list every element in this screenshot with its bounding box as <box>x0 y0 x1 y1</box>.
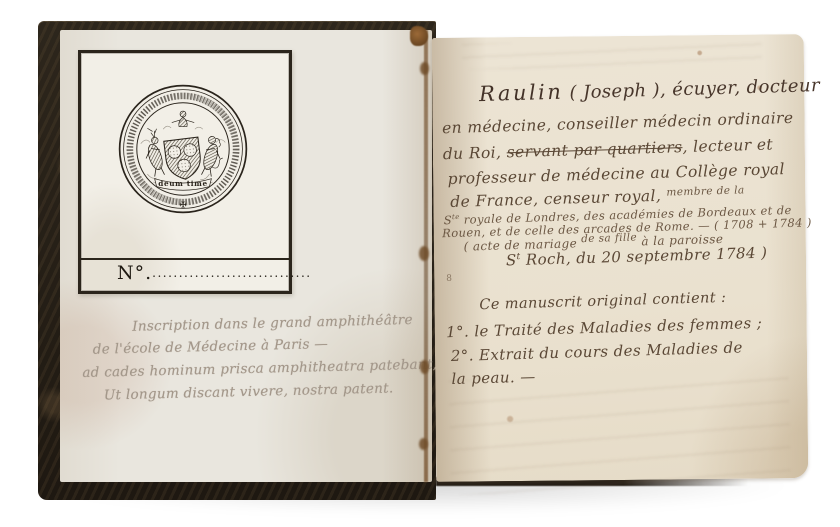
entry-line-2: en médecine, conseiller médecin ordinair… <box>442 109 794 137</box>
entry-line-3-pre: du Roi, <box>443 143 507 163</box>
entry-line-3-struck-text: servant par quartiers <box>506 138 682 161</box>
stitch-knot <box>419 438 428 450</box>
entry-author-name: Raulin <box>479 80 564 106</box>
inscription-line-1: Inscription dans le grand amphithéâtre <box>132 312 413 335</box>
entry-line-8-inserted-text: de sa fille <box>581 231 637 245</box>
manuscript-entry-text: Raulin ( Joseph ), écuyer, docteur en mé… <box>427 31 812 486</box>
seal-motto-text: deum time <box>158 179 207 188</box>
stitch-knot <box>420 62 429 75</box>
bookplate-divider-rule <box>81 258 289 260</box>
number-dotted-line: .............................. <box>152 266 311 280</box>
stitch-knot <box>419 246 429 261</box>
photo-of-open-manuscript-book: ✠ <box>0 0 840 527</box>
right-page-manuscript-leaf: 8 Raulin ( Joseph ), écuyer, docteur en … <box>432 34 809 482</box>
binding-thread-knot-top <box>410 26 428 46</box>
contents-intro-line: Ce manuscrit original contient : <box>479 290 726 313</box>
entry-line-3: du Roi, servant par quartiers, lecteur e… <box>443 135 774 163</box>
contents-item-1: 1°. le Traité des Maladies des femmes ; <box>446 314 763 341</box>
inscription-line-2: de l'école de Médecine à Paris — <box>93 336 329 358</box>
inscription-line-3: ad cades hominum prisca amphitheatra pat… <box>82 356 437 381</box>
handwritten-inscription-block: Inscription dans le grand amphithéâtre d… <box>60 311 432 320</box>
seal-legend-cross-glyph: ✠ <box>180 201 187 210</box>
seal-motto-banner: deum time <box>155 179 212 191</box>
bookplate-seal-engraving: ✠ <box>117 83 249 215</box>
entry-line-3-post: , lecteur et <box>682 135 773 156</box>
contents-item-2-line-b: la peau. — <box>451 368 536 388</box>
entry-line-1: Raulin ( Joseph ), écuyer, docteur <box>479 72 821 106</box>
number-label: N°. <box>117 262 152 284</box>
bookplate: ✠ <box>78 50 292 294</box>
left-page-pastedown: ✠ <box>60 30 432 482</box>
inscription-line-4: Ut longum discant vivere, nostra patent. <box>104 380 394 403</box>
entry-line-5-inserted-text: membre de la <box>666 184 744 198</box>
stitch-knot <box>420 360 429 374</box>
bookplate-number-row: N°............................... <box>117 262 312 284</box>
entry-line-1-rest: ( Joseph ), écuyer, docteur <box>563 75 820 104</box>
contents-item-2-line-a: 2°. Extrait du cours des Maladies de <box>451 338 743 365</box>
entry-line-9-initial: S <box>506 251 517 269</box>
